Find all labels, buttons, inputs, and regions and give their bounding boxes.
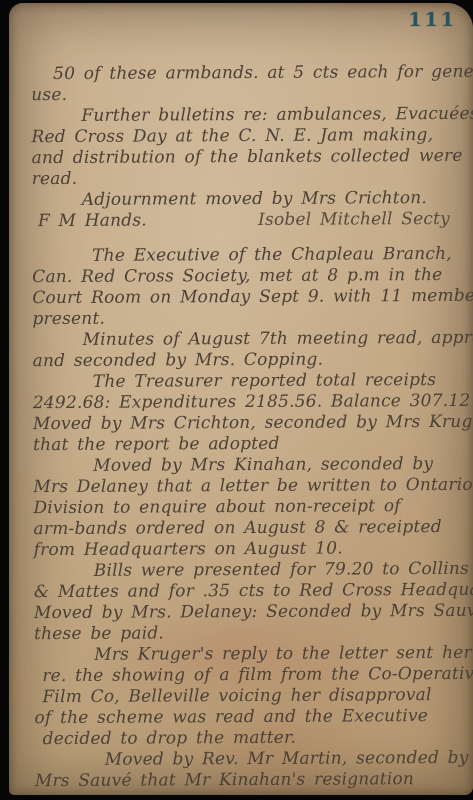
manuscript-line: Moved by Rev. Mr Martin, seconded by: [105, 748, 467, 771]
manuscript-line: decided to drop the matter.: [43, 727, 467, 750]
manuscript-line: The Treasurer reported total receipts: [93, 370, 465, 393]
photo-background: 111 50 of these armbands. at 5 cts each …: [0, 0, 473, 800]
secretary-signature: Isobel Mitchell Secty: [258, 209, 450, 231]
manuscript-line: Moved by Mrs. Delaney: Seconded by Mrs S…: [34, 601, 466, 624]
manuscript-line: of the scheme was read and the Executive: [34, 706, 466, 729]
manuscript-line: Division to enquire about non-receipt of: [33, 496, 465, 519]
manuscript-line: use.: [31, 83, 463, 106]
manuscript-line: 50 of these armbands. at 5 cts each for …: [53, 62, 463, 85]
manuscript-line: and seconded by Mrs. Copping.: [33, 349, 465, 372]
manuscript-line: arm-bands ordered on August 8 & receipte…: [33, 517, 465, 540]
manuscript-line: Further bulletins re: ambulances, Evacué…: [81, 104, 463, 127]
manuscript-line: Red Cross Day at the C. N. E. Jam making…: [31, 125, 463, 148]
signature-row: F M Hands. Isobel Mitchell Secty: [32, 209, 464, 232]
manuscript-line: and distribution of the blankets collect…: [32, 146, 464, 169]
manuscript-line: present.: [32, 307, 464, 330]
manuscript-line: these be paid.: [34, 622, 466, 645]
manuscript-line: Adjournment moved by Mrs Crichton.: [82, 188, 464, 211]
manuscript-line: re. the showing of a film from the Co-Op…: [42, 664, 466, 687]
manuscript-line: read.: [32, 167, 464, 190]
manuscript-line: & Mattes and for .35 cts to Red Cross He…: [34, 580, 466, 603]
manuscript-line: from Headquarters on August 10.: [34, 538, 466, 561]
manuscript-line: Mrs Delaney that a letter be written to …: [33, 475, 465, 498]
manuscript-line: Film Co, Belleville voicing her disappro…: [42, 685, 466, 708]
manuscript-text: 50 of these armbands. at 5 cts each for …: [31, 62, 467, 792]
page-number: 111: [408, 9, 457, 31]
manuscript-line: Bills were presented for 79.20 to Collin…: [94, 559, 466, 582]
manuscript-line: Moved by Mrs Kinahan, seconded by: [93, 454, 465, 477]
manuscript-line: Minutes of August 7th meeting read, appr…: [82, 328, 464, 351]
manuscript-line: The Executive of the Chapleau Branch,: [92, 244, 464, 267]
ledger-page: 111 50 of these armbands. at 5 cts each …: [9, 3, 473, 795]
manuscript-line: Moved by Mrs Crichton, seconded by Mrs K…: [33, 412, 465, 435]
manuscript-line: Can. Red Cross Society, met at 8 p.m in …: [32, 265, 464, 288]
manuscript-line: Mrs Sauvé that Mr Kinahan's resignation: [35, 769, 467, 792]
manuscript-line: that the report be adopted: [33, 433, 465, 456]
chairman-signature: F M Hands.: [38, 211, 147, 233]
manuscript-line: Court Room on Monday Sept 9. with 11 mem…: [32, 286, 464, 309]
manuscript-line: Mrs Kruger's reply to the letter sent he…: [94, 643, 466, 666]
manuscript-line: 2492.68: Expenditures 2185.56. Balance 3…: [33, 391, 465, 414]
